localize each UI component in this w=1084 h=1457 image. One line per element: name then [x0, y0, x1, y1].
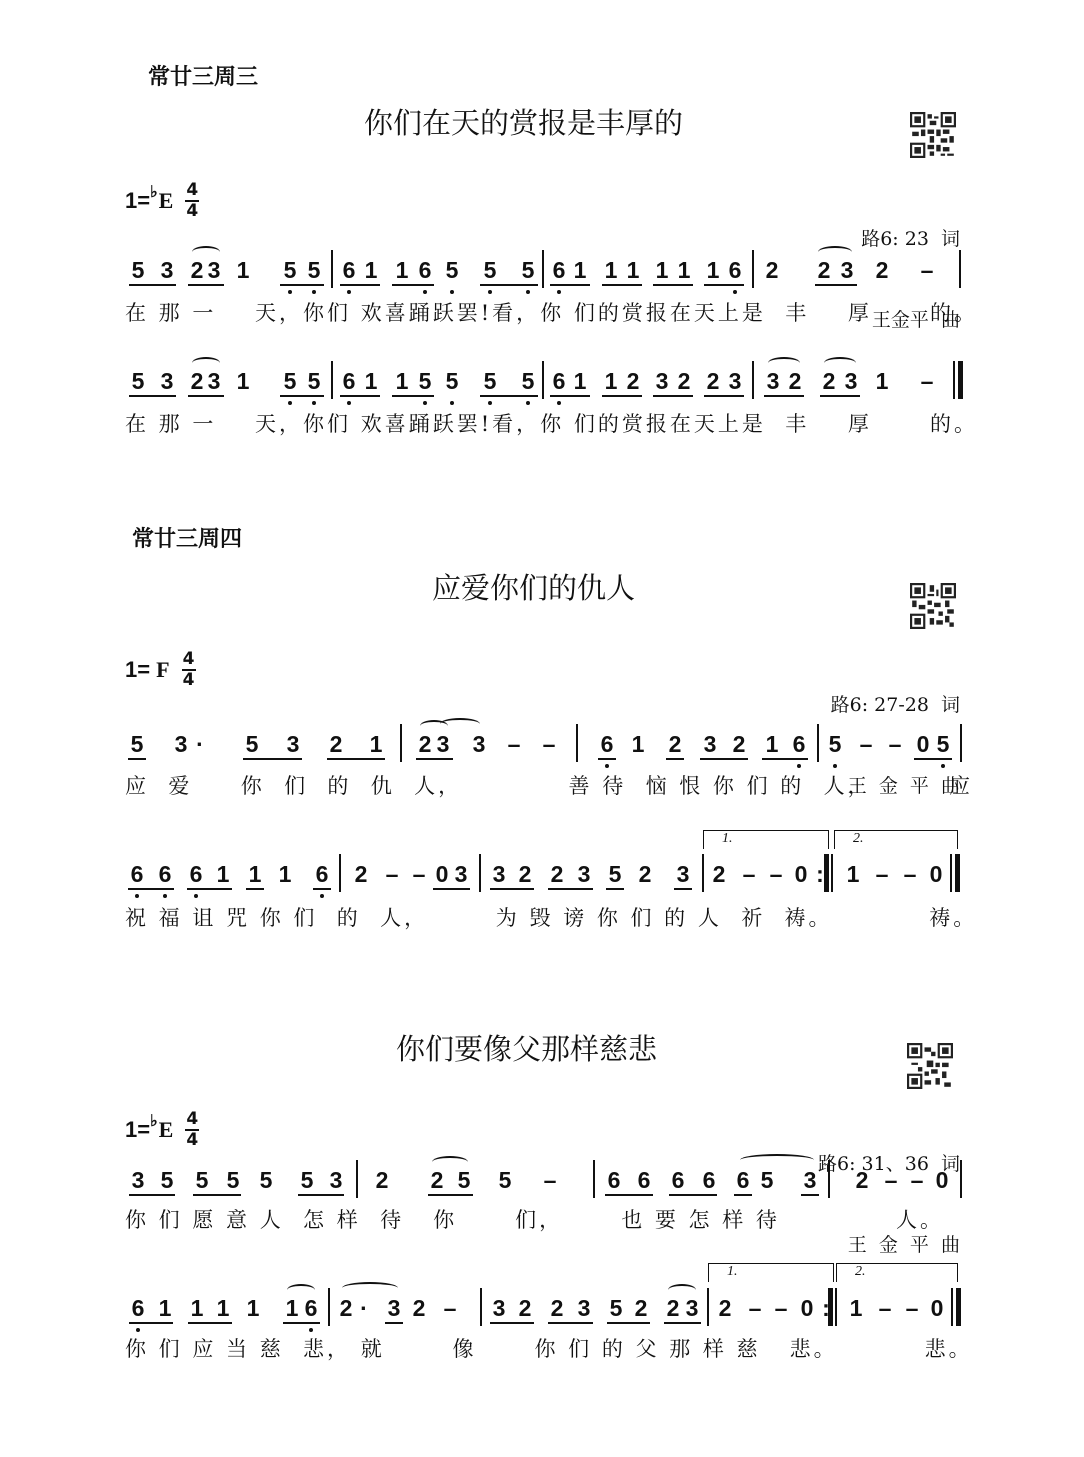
note-glyph: 6 [129, 1296, 147, 1320]
note-glyph: – [903, 1296, 921, 1320]
note-glyph: 0 [928, 1296, 946, 1320]
beam-underline [605, 1194, 653, 1196]
barline [707, 1288, 709, 1326]
note-glyph: 1 [188, 1296, 206, 1320]
note-glyph: 1 [629, 732, 647, 756]
note-glyph: 1 [675, 258, 693, 282]
barline [593, 1160, 595, 1198]
note-glyph: 1 [276, 862, 294, 886]
time-signature: 44 [185, 183, 199, 219]
beam-underline [602, 284, 642, 286]
lower-octave-dot [526, 401, 530, 405]
slur-arc [818, 246, 852, 258]
note-glyph: 3 [674, 862, 692, 886]
note-glyph: 3 [470, 732, 488, 756]
lower-octave-dot [309, 1328, 313, 1332]
note-glyph: 6 [550, 258, 568, 282]
beam-underline [914, 758, 952, 760]
note-glyph: – [901, 862, 919, 886]
lower-octave-dot [526, 290, 530, 294]
note-glyph: 5 [129, 258, 147, 282]
note-glyph: 5 [416, 369, 434, 393]
note-glyph: 2 [327, 732, 345, 756]
note-glyph: 2 [188, 369, 206, 393]
beam-underline [246, 888, 264, 890]
barline [328, 1288, 330, 1326]
note-glyph: 5 [281, 369, 299, 393]
beam-underline [188, 1322, 232, 1324]
beam-underline [598, 758, 616, 760]
note-glyph: 6 [313, 862, 331, 886]
beam-underline [193, 1194, 241, 1196]
beam-underline [392, 284, 434, 286]
note-glyph: 2 [373, 1168, 391, 1192]
note-glyph: 2 [675, 369, 693, 393]
slur-arc [342, 1282, 398, 1294]
slur-arc [432, 1156, 468, 1168]
beam-underline [762, 758, 808, 760]
barline [831, 854, 833, 892]
beam-underline [385, 1322, 403, 1324]
barline [817, 724, 819, 762]
barline [828, 1288, 833, 1326]
note-glyph: 2 [337, 1296, 355, 1320]
note-glyph: 2 [853, 1168, 871, 1192]
note-glyph: 5 [257, 1168, 275, 1192]
time-signature: 44 [182, 652, 196, 688]
note-glyph: 6 [605, 1168, 623, 1192]
note-glyph: 1 [214, 1296, 232, 1320]
note-glyph: – [918, 258, 936, 282]
note-glyph: 2 [428, 1168, 446, 1192]
lower-octave-dot [941, 764, 945, 768]
note-glyph: 2 [820, 369, 838, 393]
slur-arc [192, 246, 220, 258]
note-glyph: 6 [416, 258, 434, 282]
note-glyph: 2 [664, 1296, 682, 1320]
note-glyph: 3 [490, 1296, 508, 1320]
barline [956, 1288, 961, 1326]
slur-arc [768, 357, 800, 369]
note-glyph: 6 [790, 732, 808, 756]
lower-octave-dot [488, 401, 492, 405]
note-glyph: 2 [666, 732, 684, 756]
lower-octave-dot [163, 894, 167, 898]
beam-underline [480, 284, 538, 286]
note-glyph: 1 [244, 1296, 262, 1320]
note-glyph: 6 [669, 1168, 687, 1192]
beam-underline [734, 1194, 752, 1196]
beam-underline [340, 284, 380, 286]
beam-underline [815, 284, 857, 286]
beam-underline [129, 1194, 175, 1196]
lower-octave-dot [423, 401, 427, 405]
note-glyph: 3 [205, 258, 223, 282]
note-glyph: 2 [632, 1296, 650, 1320]
note-glyph: 5 [519, 369, 537, 393]
note-glyph: 1 [214, 862, 232, 886]
barline [400, 724, 402, 762]
song-title: 应爱你们的仇人 [432, 566, 635, 607]
note-glyph: 2 [410, 1296, 428, 1320]
lyrics-line: 在 那 一 天，你们 欢喜踊跃罢!看，你 们的赏报在天上是 丰 厚 的。 [125, 408, 978, 438]
note-glyph: 6 [128, 862, 146, 886]
beam-underline [188, 284, 224, 286]
note-glyph: 2 [710, 862, 728, 886]
note-glyph: 2 [786, 369, 804, 393]
beam-underline [433, 888, 470, 890]
beam-underline [490, 1322, 534, 1324]
qr-code-icon [910, 112, 956, 158]
barline [752, 250, 754, 288]
note-glyph: – [772, 1296, 790, 1320]
beam-underline [280, 284, 324, 286]
note-glyph: – [876, 1296, 894, 1320]
beam-underline [428, 1194, 473, 1196]
note-glyph: 5 [128, 732, 146, 756]
note-glyph: 3 [129, 1168, 147, 1192]
barline [958, 361, 963, 399]
song-title: 你们要像父那样慈悲 [396, 1027, 657, 1068]
note-glyph: – [740, 862, 758, 886]
note-glyph: 1 [234, 258, 252, 282]
lyrics-line: 在 那 一 天，你们 欢喜踊跃罢!看，你 们的赏报在天上是 丰 厚 的。 [125, 297, 978, 327]
note-glyph: 3 [801, 1168, 819, 1192]
lyrics-line: 应 爱 你 们 的 仇 人， 善 待 恼 恨 你 们 的 人， 应 [125, 770, 973, 800]
note-glyph: – [857, 732, 875, 756]
note-glyph: 3 [701, 732, 719, 756]
beam-underline [653, 284, 693, 286]
note-glyph: 1 [571, 258, 589, 282]
note-glyph: 3 [284, 732, 302, 756]
lower-octave-dot [605, 764, 609, 768]
note-glyph: 5 [481, 258, 499, 282]
note-glyph: 1 [393, 258, 411, 282]
beam-underline [606, 888, 624, 890]
barline [752, 361, 754, 399]
beam-underline [298, 1194, 344, 1196]
qr-code-icon [910, 583, 956, 629]
note-glyph: 5 [224, 1168, 242, 1192]
note-glyph: – [540, 732, 558, 756]
note-glyph: 1 [763, 732, 781, 756]
barline [824, 854, 829, 892]
barline [542, 361, 544, 399]
beam-underline [480, 395, 538, 397]
barline [828, 1160, 830, 1198]
note-glyph: 5 [758, 1168, 776, 1192]
beam-underline [548, 1322, 593, 1324]
beam-underline [188, 395, 224, 397]
note-glyph: 2 [188, 258, 206, 282]
note-glyph: – [746, 1296, 764, 1320]
barline [953, 361, 955, 399]
lower-octave-dot [288, 290, 292, 294]
note-glyph: 5 [298, 1168, 316, 1192]
note-glyph: 5 [606, 862, 624, 886]
lower-octave-dot [488, 290, 492, 294]
note-glyph: 3 [683, 1296, 701, 1320]
barline [959, 250, 961, 288]
note-glyph: · [355, 1296, 373, 1320]
beam-underline [669, 1194, 717, 1196]
note-glyph: 3 [764, 369, 782, 393]
beam-underline [607, 1322, 650, 1324]
barline [950, 854, 952, 892]
beam-underline [280, 395, 324, 397]
beam-underline [129, 395, 176, 397]
lower-octave-dot [733, 290, 737, 294]
note-glyph: 3 [490, 862, 508, 886]
beam-underline [128, 888, 174, 890]
note-glyph: 6 [635, 1168, 653, 1192]
music-credit: 王 金 平 曲 [818, 1232, 960, 1259]
beam-underline [666, 758, 684, 760]
slur-arc [287, 1284, 315, 1296]
flat-icon: ♭ [150, 1111, 158, 1131]
week-label: 常廿三周四 [132, 522, 242, 553]
note-glyph: 5 [934, 732, 952, 756]
lower-octave-dot [450, 290, 454, 294]
note-glyph: 1 [624, 258, 642, 282]
note-glyph: 0 [798, 1296, 816, 1320]
note-glyph: 1 [602, 258, 620, 282]
note-glyph: 5 [158, 1168, 176, 1192]
beam-underline [340, 395, 380, 397]
note-glyph: 3 [172, 732, 190, 756]
beam-underline [801, 1194, 819, 1196]
lyrics-credit: 路6: 27-28 词 [831, 692, 960, 719]
note-glyph: – [383, 862, 401, 886]
barline [331, 361, 333, 399]
note-glyph: 6 [156, 862, 174, 886]
lyrics-line: 你 们 愿 意 人 怎 样 待 你 们， 也 要 怎 样 待 人。 [125, 1204, 944, 1234]
note-glyph: 1 [847, 1296, 865, 1320]
note-glyph: – [505, 732, 523, 756]
note-glyph: 3 [327, 1168, 345, 1192]
key-signature: 1=♭E 44 [125, 1112, 199, 1148]
note-glyph: – [767, 862, 785, 886]
beam-underline [550, 395, 590, 397]
note-glyph: 0 [792, 862, 810, 886]
note-glyph: 5 [826, 732, 844, 756]
note-glyph: 2 [873, 258, 891, 282]
note-glyph: 6 [726, 258, 744, 282]
beam-underline [664, 1322, 701, 1324]
note-glyph: 6 [302, 1296, 320, 1320]
qr-code-icon [907, 1043, 953, 1089]
lower-octave-dot [136, 1328, 140, 1332]
slur-arc [668, 1284, 696, 1296]
lower-octave-dot [312, 290, 316, 294]
note-glyph: 3 [158, 258, 176, 282]
lower-octave-dot [557, 401, 561, 405]
note-glyph: 3 [726, 369, 744, 393]
beam-underline [550, 284, 590, 286]
note-glyph: 1 [367, 732, 385, 756]
flat-icon: ♭ [150, 182, 158, 202]
note-glyph: 0 [927, 862, 945, 886]
lower-octave-dot [797, 764, 801, 768]
beam-underline [490, 888, 534, 890]
note-glyph: 5 [443, 369, 461, 393]
note-glyph: 2 [730, 732, 748, 756]
barline [331, 250, 333, 288]
key-signature: 1=F 44 [125, 652, 196, 688]
note-glyph: 2 [548, 1296, 566, 1320]
beam-underline [416, 758, 453, 760]
note-glyph: 1 [362, 369, 380, 393]
note-glyph: 1 [283, 1296, 301, 1320]
lyrics-credit: 路6: 23 词 [861, 226, 960, 253]
barline [356, 1160, 358, 1198]
beam-underline [327, 758, 385, 760]
note-glyph: 3 [838, 258, 856, 282]
slur-arc [824, 357, 856, 369]
note-glyph: 2 [416, 732, 434, 756]
note-glyph: 5 [281, 258, 299, 282]
note-glyph: 6 [340, 258, 358, 282]
note-glyph: – [410, 862, 428, 886]
note-glyph: – [541, 1168, 559, 1192]
note-glyph: 1 [156, 1296, 174, 1320]
beam-underline [704, 284, 744, 286]
lower-octave-dot [194, 894, 198, 898]
note-glyph: 0 [433, 862, 451, 886]
note-glyph: 2 [548, 862, 566, 886]
note-glyph: 3 [452, 862, 470, 886]
week-label: 常廿三周三 [148, 60, 258, 91]
note-glyph: 2 [636, 862, 654, 886]
barline [951, 1288, 953, 1326]
song-title: 你们在天的赏报是丰厚的 [364, 101, 683, 142]
barline [576, 724, 578, 762]
note-glyph: 2 [516, 1296, 534, 1320]
barline [960, 724, 962, 762]
note-glyph: 1 [873, 369, 891, 393]
barline [835, 1288, 837, 1326]
note-glyph: 3 [575, 1296, 593, 1320]
beam-underline [674, 888, 692, 890]
note-glyph: 3 [653, 369, 671, 393]
barline [702, 854, 704, 892]
note-glyph: 2 [516, 862, 534, 886]
lower-octave-dot [423, 290, 427, 294]
note-glyph: – [882, 1168, 900, 1192]
note-glyph: 2 [763, 258, 781, 282]
volta-second-ending: 2. [836, 1263, 958, 1282]
lower-octave-dot [450, 401, 454, 405]
note-glyph: 6 [340, 369, 358, 393]
note-glyph: 6 [187, 862, 205, 886]
beam-underline [283, 1322, 320, 1324]
note-glyph: 2 [624, 369, 642, 393]
lower-octave-dot [557, 290, 561, 294]
barline [479, 854, 481, 892]
note-glyph: 1 [393, 369, 411, 393]
note-glyph: 0 [914, 732, 932, 756]
lyrics-line: 你 们 应 当 慈 悲， 就 像 你 们 的 父 那 样 慈 悲。 悲。 [125, 1333, 973, 1363]
beam-underline [243, 758, 302, 760]
note-glyph: 6 [700, 1168, 718, 1192]
note-glyph: 2 [815, 258, 833, 282]
note-glyph: 5 [455, 1168, 473, 1192]
lower-octave-dot [135, 894, 139, 898]
note-glyph: 5 [243, 732, 261, 756]
beam-underline [187, 888, 232, 890]
note-glyph: · [191, 732, 209, 756]
note-glyph: 1 [571, 369, 589, 393]
note-glyph: 2 [352, 862, 370, 886]
note-glyph: 1 [844, 862, 862, 886]
key-signature: 1=♭E 44 [125, 183, 199, 219]
beam-underline [653, 395, 693, 397]
note-glyph: – [886, 732, 904, 756]
note-glyph: 5 [481, 369, 499, 393]
note-glyph: 1 [246, 862, 264, 886]
lower-octave-dot [347, 401, 351, 405]
note-glyph: 6 [734, 1168, 752, 1192]
note-glyph: 1 [653, 258, 671, 282]
note-glyph: 3 [205, 369, 223, 393]
lower-octave-dot [347, 290, 351, 294]
time-signature: 44 [185, 1112, 199, 1148]
beam-underline [392, 395, 434, 397]
note-glyph: 1 [362, 258, 380, 282]
note-glyph: 3 [575, 862, 593, 886]
slur-arc [192, 357, 220, 369]
note-glyph: – [908, 1168, 926, 1192]
lower-octave-dot [312, 401, 316, 405]
note-glyph: 6 [550, 369, 568, 393]
beam-underline [128, 758, 146, 760]
barline [339, 854, 341, 892]
beam-underline [313, 888, 331, 890]
note-glyph: 6 [598, 732, 616, 756]
volta-first-ending: 1. [708, 1263, 834, 1282]
note-glyph: 5 [305, 258, 323, 282]
slur-arc [440, 718, 480, 730]
beam-underline [764, 395, 804, 397]
beam-underline [704, 395, 744, 397]
lower-octave-dot [288, 401, 292, 405]
note-glyph: 2 [716, 1296, 734, 1320]
beam-underline [129, 1322, 173, 1324]
note-glyph: 3 [385, 1296, 403, 1320]
note-glyph: 5 [305, 369, 323, 393]
note-glyph: – [873, 862, 891, 886]
note-glyph: 5 [193, 1168, 211, 1192]
note-glyph: – [441, 1296, 459, 1320]
barline [955, 854, 960, 892]
beam-underline [820, 395, 860, 397]
note-glyph: 0 [933, 1168, 951, 1192]
beam-underline [129, 284, 176, 286]
note-glyph: 5 [496, 1168, 514, 1192]
volta-first-ending: 1. [703, 830, 829, 849]
barline [542, 250, 544, 288]
note-glyph: 1 [602, 369, 620, 393]
note-glyph: 5 [443, 258, 461, 282]
lyrics-line: 祝 福 诅 咒 你 们 的 人， 为 毁 谤 你 们 的 人 祈 祷。 祷。 [125, 902, 977, 932]
barline [960, 1160, 962, 1198]
barline [480, 1288, 482, 1326]
lower-octave-dot [320, 894, 324, 898]
beam-underline [548, 888, 593, 890]
note-glyph: 3 [842, 369, 860, 393]
note-glyph: 2 [704, 369, 722, 393]
lower-octave-dot [833, 764, 837, 768]
